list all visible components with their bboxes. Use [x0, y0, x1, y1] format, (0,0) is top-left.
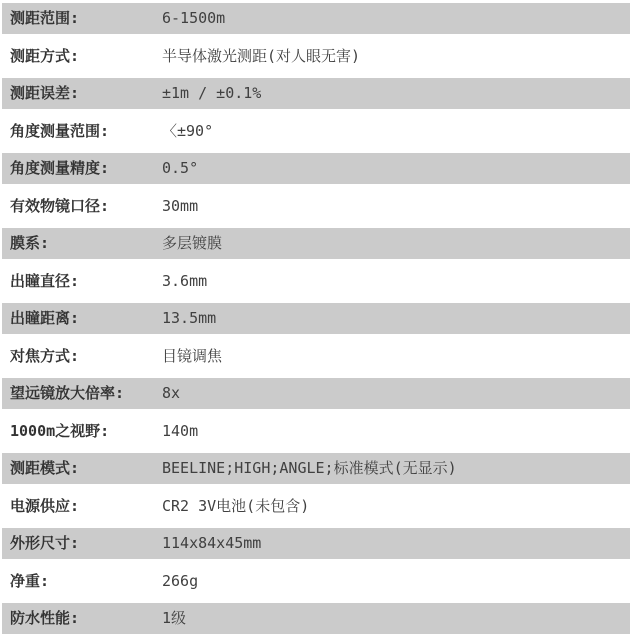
spec-value: 13.5mm	[162, 303, 630, 334]
spec-value: 30mm	[162, 191, 630, 222]
spec-value: ±1m / ±0.1%	[162, 78, 630, 109]
spec-row-10: 望远镜放大倍率: 8x	[2, 378, 630, 409]
spec-row-15: 净重: 266g	[2, 566, 630, 597]
spec-row-13: 电源供应: CR2 3V电池(未包含)	[2, 491, 630, 522]
spec-value: 目镜调焦	[162, 341, 630, 372]
spec-label: 电源供应:	[2, 491, 162, 522]
spec-row-12: 测距模式: BEELINE;HIGH;ANGLE;标准模式(无显示)	[2, 453, 630, 484]
spec-label: 测距范围:	[2, 3, 162, 34]
spec-table: 测距范围: 6-1500m 测距方式: 半导体激光测距(对人眼无害) 测距误差:…	[2, 0, 630, 634]
spec-value: CR2 3V电池(未包含)	[162, 491, 630, 522]
spec-row-1: 测距方式: 半导体激光测距(对人眼无害)	[2, 41, 630, 72]
spec-value: 多层镀膜	[162, 228, 630, 259]
spec-label: 测距模式:	[2, 453, 162, 484]
spec-value: 266g	[162, 566, 630, 597]
spec-value: 0.5°	[162, 153, 630, 184]
spec-value: 〈±90°	[162, 116, 630, 147]
spec-label: 1000m之视野:	[2, 416, 162, 447]
spec-row-14: 外形尺寸: 114x84x45mm	[2, 528, 630, 559]
spec-row-8: 出瞳距离: 13.5mm	[2, 303, 630, 334]
spec-value: BEELINE;HIGH;ANGLE;标准模式(无显示)	[162, 453, 630, 484]
spec-value: 140m	[162, 416, 630, 447]
spec-value: 1级	[162, 603, 630, 634]
spec-row-9: 对焦方式: 目镜调焦	[2, 341, 630, 372]
spec-row-7: 出瞳直径: 3.6mm	[2, 266, 630, 297]
spec-value: 6-1500m	[162, 3, 630, 34]
spec-value: 8x	[162, 378, 630, 409]
spec-label: 对焦方式:	[2, 341, 162, 372]
spec-value: 3.6mm	[162, 266, 630, 297]
spec-value: 半导体激光测距(对人眼无害)	[162, 41, 630, 72]
spec-label: 膜系:	[2, 228, 162, 259]
spec-label: 角度测量精度:	[2, 153, 162, 184]
spec-row-6: 膜系: 多层镀膜	[2, 228, 630, 259]
spec-label: 望远镜放大倍率:	[2, 378, 162, 409]
spec-label: 测距误差:	[2, 78, 162, 109]
spec-label: 角度测量范围:	[2, 116, 162, 147]
spec-label: 外形尺寸:	[2, 528, 162, 559]
spec-row-3: 角度测量范围: 〈±90°	[2, 116, 630, 147]
spec-label: 出瞳直径:	[2, 266, 162, 297]
spec-row-0: 测距范围: 6-1500m	[2, 3, 630, 34]
spec-row-5: 有效物镜口径: 30mm	[2, 191, 630, 222]
spec-label: 有效物镜口径:	[2, 191, 162, 222]
spec-label: 出瞳距离:	[2, 303, 162, 334]
spec-row-16: 防水性能: 1级	[2, 603, 630, 634]
spec-value: 114x84x45mm	[162, 528, 630, 559]
spec-label: 测距方式:	[2, 41, 162, 72]
spec-row-2: 测距误差: ±1m / ±0.1%	[2, 78, 630, 109]
spec-label: 防水性能:	[2, 603, 162, 634]
spec-row-4: 角度测量精度: 0.5°	[2, 153, 630, 184]
spec-row-11: 1000m之视野: 140m	[2, 416, 630, 447]
spec-label: 净重:	[2, 566, 162, 597]
